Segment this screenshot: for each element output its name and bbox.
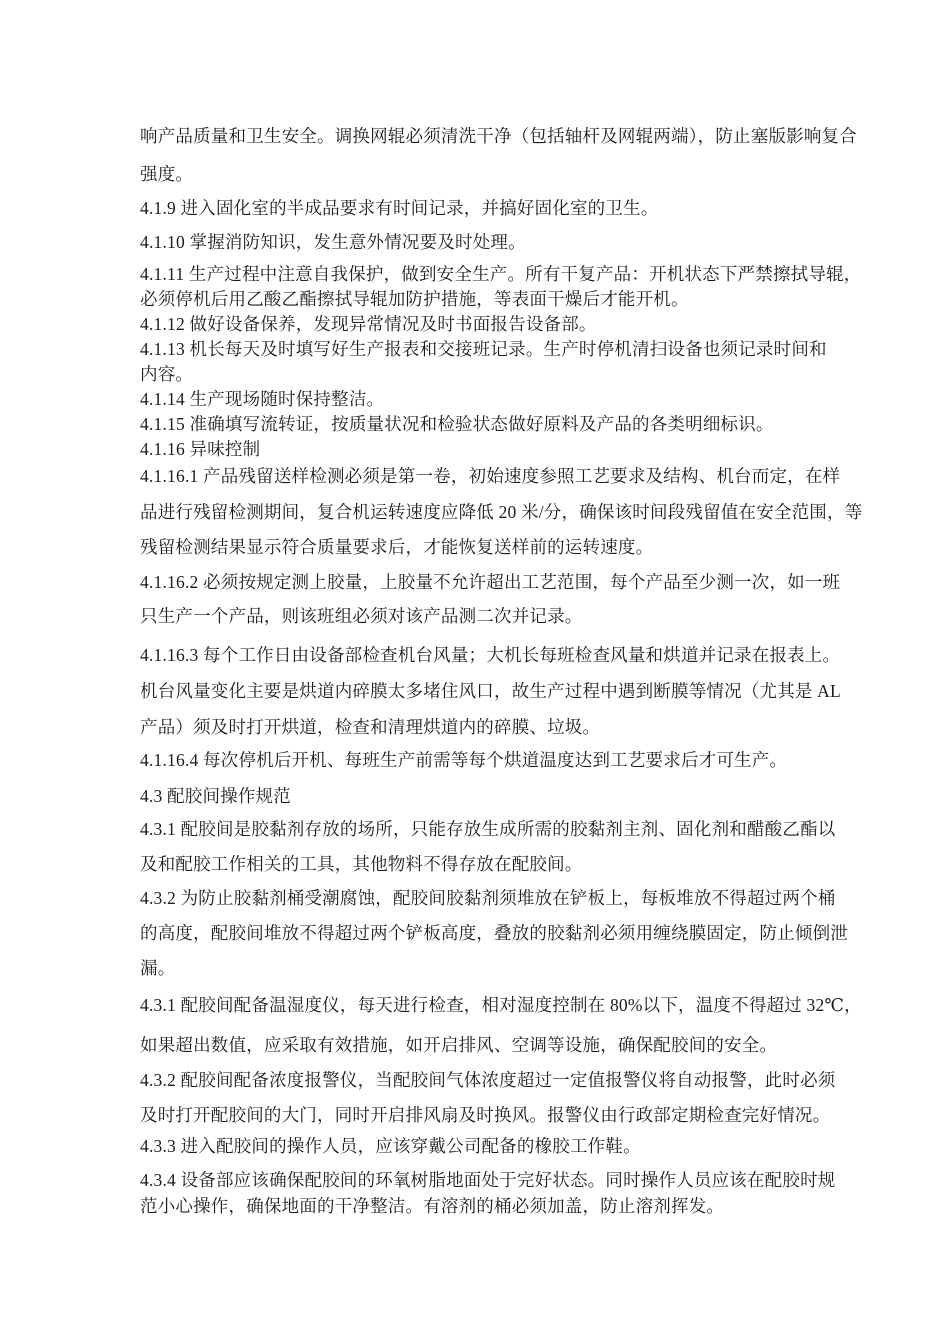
- doc-line-4-1-16-1-b: 品进行残留检测期间，复合机运转速度应降低 20 米/分，确保该时间段残留值在安全…: [140, 502, 840, 523]
- doc-line-continuation-qiangdu: 强度。: [140, 164, 840, 185]
- doc-line-4-1-16-2-b: 只生产一个产品，则该班组必须对该产品测二次并记录。: [140, 606, 840, 627]
- doc-line-4-3-2-a: 4.3.2 为防止胶黏剂桶受潮腐蚀，配胶间胶黏剂须堆放在铲板上，每板堆放不得超过…: [140, 888, 840, 909]
- doc-line-4-3-1-a: 4.3.1 配胶间是胶黏剂存放的场所，只能存放生成所需的胶黏剂主剂、固化剂和醋酸…: [140, 819, 840, 840]
- doc-line-4-1-16-3-b: 机台风量变化主要是烘道内碎膜太多堵住风口，故生产过程中遇到断膜等情况（尤其是 A…: [140, 681, 840, 702]
- doc-line-4-1-16-2-a: 4.1.16.2 必须按规定测上胶量，上胶量不允许超出工艺范围，每个产品至少测一…: [140, 572, 840, 593]
- doc-line-4-1-15: 4.1.15 准确填写流转证，按质量状况和检验状态做好原料及产品的各类明细标识。: [140, 414, 840, 435]
- doc-line-4-1-9: 4.1.9 进入固化室的半成品要求有时间记录，并搞好固化室的卫生。: [140, 198, 840, 219]
- doc-line-4-1-12: 4.1.12 做好设备保养，发现异常情况及时书面报告设备部。: [140, 314, 840, 335]
- doc-line-4-1-14: 4.1.14 生产现场随时保持整洁。: [140, 389, 840, 410]
- doc-line-4-1-16-3-a: 4.1.16.3 每个工作日由设备部检查机台风量；大机长每班检查风量和烘道并记录…: [140, 645, 840, 666]
- doc-line-4-1-16-4: 4.1.16.4 每次停机后开机、每班生产前需等每个烘道温度达到工艺要求后才可生…: [140, 750, 840, 771]
- doc-line-continuation-wangroller: 响产品质量和卫生安全。调换网辊必须清洗干净（包括轴杆及网辊两端），防止塞版影响复…: [140, 126, 840, 147]
- doc-line-4-1-16-heading: 4.1.16 异味控制: [140, 439, 840, 460]
- doc-line-4-1-13-b: 内容。: [140, 364, 840, 385]
- doc-line-4-1-16-1-c: 残留检测结果显示符合质量要求后，才能恢复送样前的运转速度。: [140, 537, 840, 558]
- document-page[interactable]: 响产品质量和卫生安全。调换网辊必须清洗干净（包括轴杆及网辊两端），防止塞版影响复…: [0, 0, 950, 1344]
- doc-line-4-1-16-3-c: 产品）须及时打开烘道，检查和清理烘道内的碎膜、垃圾。: [140, 717, 840, 738]
- doc-line-4-1-11-a: 4.1.11 生产过程中注意自我保护，做到安全生产。所有干复产品：开机状态下严禁…: [140, 264, 840, 285]
- doc-line-4-3-3: 4.3.3 进入配胶间的操作人员，应该穿戴公司配备的橡胶工作鞋。: [140, 1136, 840, 1157]
- doc-line-4-1-13-a: 4.1.13 机长每天及时填写好生产报表和交接班记录。生产时停机清扫设备也须记录…: [140, 339, 840, 360]
- doc-line-4-3-4-b: 范小心操作，确保地面的干净整洁。有溶剂的桶必须加盖，防止溶剂挥发。: [140, 1196, 840, 1217]
- doc-line-4-3-2-alarm-b: 及时打开配胶间的大门，同时开启排风扇及时换风。报警仪由行政部定期检查完好情况。: [140, 1105, 840, 1126]
- doc-line-4-3-2-alarm-a: 4.3.2 配胶间配备浓度报警仪，当配胶间气体浓度超过一定值报警仪将自动报警，此…: [140, 1070, 840, 1091]
- doc-line-4-3-1-temp-a: 4.3.1 配胶间配备温湿度仪，每天进行检查，相对湿度控制在 80%以下，温度不…: [140, 995, 840, 1016]
- doc-line-4-3-1-temp-b: 如果超出数值，应采取有效措施，如开启排风、空调等设施，确保配胶间的安全。: [140, 1035, 840, 1056]
- doc-line-4-3-heading: 4.3 配胶间操作规范: [140, 786, 840, 807]
- doc-line-4-3-1-b: 及和配胶工作相关的工具，其他物料不得存放在配胶间。: [140, 854, 840, 875]
- doc-line-4-1-16-1-a: 4.1.16.1 产品残留送样检测必须是第一卷，初始速度参照工艺要求及结构、机台…: [140, 466, 840, 487]
- doc-line-4-3-4-a: 4.3.4 设备部应该确保配胶间的环氧树脂地面处于完好状态。同时操作人员应该在配…: [140, 1170, 840, 1191]
- doc-line-4-1-10: 4.1.10 掌握消防知识，发生意外情况要及时处理。: [140, 232, 840, 253]
- doc-line-4-3-2-c: 漏。: [140, 958, 840, 979]
- doc-line-4-1-11-b: 必须停机后用乙酸乙酯擦拭导辊加防护措施，等表面干燥后才能开机。: [140, 289, 840, 310]
- doc-line-4-3-2-b: 的高度，配胶间堆放不得超过两个铲板高度，叠放的胶黏剂必须用缠绕膜固定，防止倾倒泄: [140, 923, 840, 944]
